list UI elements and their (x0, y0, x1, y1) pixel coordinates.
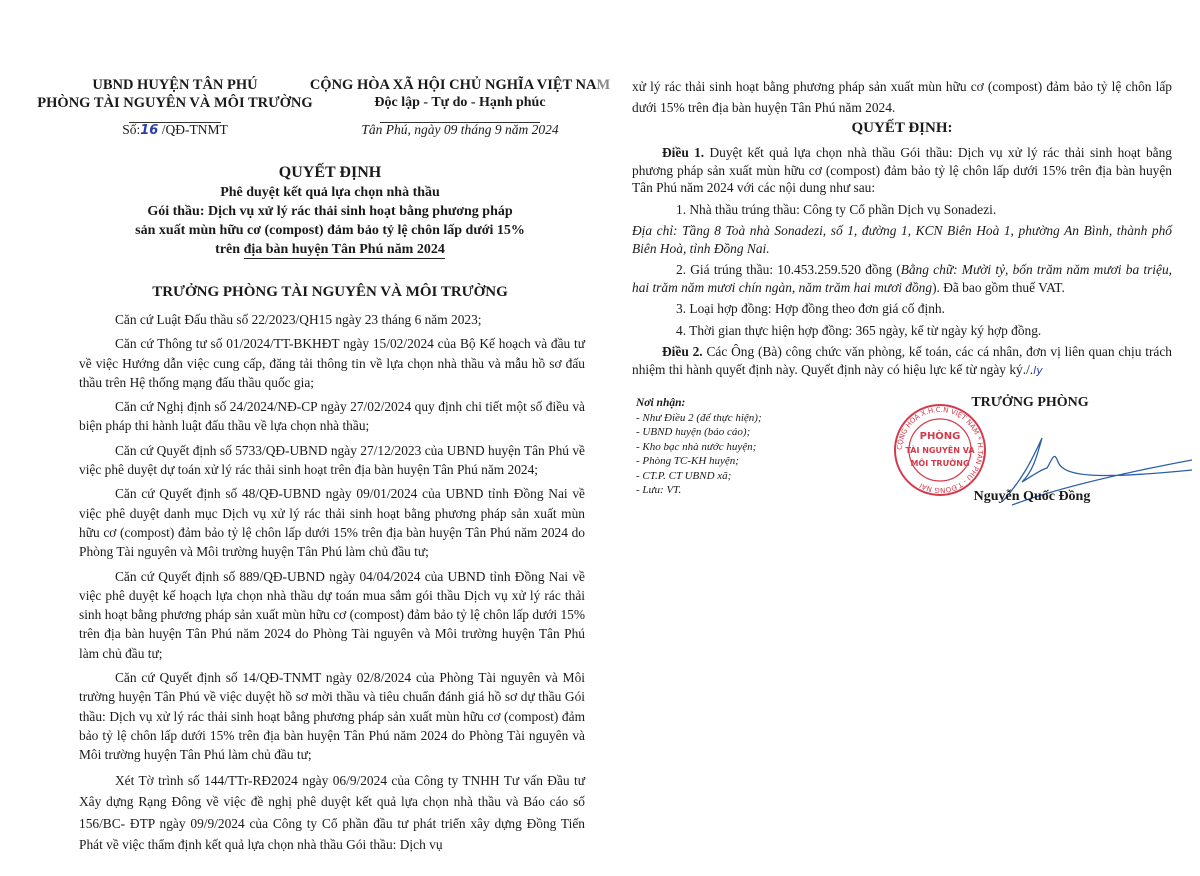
recipient-item: - Như Điều 2 (để thực hiện); (636, 411, 866, 426)
article-1-item-2: 2. Giá trúng thầu: 10.453.259.520 đồng (… (632, 261, 1172, 296)
article-1-item-4: 4. Thời gian thực hiện hợp đồng: 365 ngà… (632, 322, 1172, 340)
national-motto: Độc lập - Tự do - Hạnh phúc (300, 94, 620, 112)
article-2: Điều 2. Các Ông (Bà) công chức văn phòng… (632, 343, 1172, 379)
article-1-item-3: 3. Loại hợp đồng: Hợp đồng theo đơn giá … (632, 300, 1172, 318)
recipient-item: - Lưu: VT. (636, 483, 866, 498)
legal-basis: Căn cứ Luật Đấu thầu số 22/2023/QH15 ngà… (79, 310, 585, 329)
decision-articles: Điều 1. Duyệt kết quả lựa chọn nhà thầu … (632, 144, 1172, 383)
recipients-list: Nơi nhận: - Như Điều 2 (để thực hiện); -… (636, 396, 866, 498)
signer-position: TRƯỞNG PHÒNG (900, 395, 1160, 411)
legal-basis: Căn cứ Thông tư số 01/2024/TT-BKHĐT ngày… (79, 334, 585, 392)
svg-text:MÔI TRƯỜNG: MÔI TRƯỜNG (910, 457, 969, 468)
article-1: Điều 1. Duyệt kết quả lựa chọn nhà thầu … (632, 144, 1172, 197)
official-stamp-icon: CỘNG HOÀ X.H.C.N VIỆT NAM * H.TÂN PHÚ - … (892, 402, 988, 498)
title-line-3: sản xuất mùn hữu cơ (compost) đảm bảo tỷ… (60, 221, 600, 240)
decision-heading: QUYẾT ĐỊNH: (632, 120, 1172, 137)
national-header: CỘNG HÒA XÃ HỘI CHỦ NGHĨA VIỆT NAM Độc l… (300, 76, 620, 123)
title-line-2: Gói thầu: Dịch vụ xử lý rác thải sinh ho… (60, 202, 600, 221)
agency-parent: UBND HUYỆN TÂN PHÚ (30, 76, 320, 94)
recipients-heading: Nơi nhận: (636, 396, 866, 411)
place-date: Tân Phú, ngày 09 tháng 9 năm 2024 (300, 122, 620, 138)
document-title: QUYẾT ĐỊNH Phê duyệt kết quả lựa chọn nh… (60, 163, 600, 259)
svg-text:PHÒNG: PHÒNG (920, 429, 961, 442)
article-1-item-1: 1. Nhà thầu trúng thầu: Công ty Cổ phần … (632, 201, 1172, 219)
agency-name: PHÒNG TÀI NGUYÊN VÀ MÔI TRƯỜNG (30, 94, 320, 112)
contractor-address: Địa chỉ: Tầng 8 Toà nhà Sonadezi, số 1, … (632, 222, 1172, 257)
legal-basis: Căn cứ Quyết định số 5733/QĐ-UBND ngày 2… (79, 441, 585, 480)
legal-basis: Căn cứ Nghị định số 24/2024/NĐ-CP ngày 2… (79, 397, 585, 436)
issuing-authority: TRƯỞNG PHÒNG TÀI NGUYÊN VÀ MÔI TRƯỜNG (60, 284, 600, 301)
recipient-item: - Kho bạc nhà nước huyện; (636, 440, 866, 455)
document-number: Số:16 /QĐ-TNMT (30, 122, 320, 138)
title-line-1: Phê duyệt kết quả lựa chọn nhà thầu (60, 183, 600, 202)
recipient-item: - UBND huyện (báo cáo); (636, 425, 866, 440)
legal-basis: Căn cứ Quyết định số 14/QĐ-TNMT ngày 02/… (79, 668, 585, 764)
initials-mark: ly (1033, 364, 1043, 377)
title-main: QUYẾT ĐỊNH (60, 163, 600, 183)
issuing-agency: UBND HUYỆN TÂN PHÚ PHÒNG TÀI NGUYÊN VÀ M… (30, 76, 320, 123)
page-2: xử lý rác thải sinh hoạt bằng phương phá… (612, 0, 1200, 876)
legal-bases: Căn cứ Luật Đấu thầu số 22/2023/QH15 ngà… (79, 310, 585, 861)
title-line-4: trên địa bàn huyện Tân Phú năm 2024 (60, 240, 600, 259)
signer-name: Nguyễn Quốc Đồng (922, 489, 1142, 505)
page-1: UBND HUYỆN TÂN PHÚ PHÒNG TÀI NGUYÊN VÀ M… (0, 0, 612, 876)
recipient-item: - Phòng TC-KH huyện; (636, 454, 866, 469)
legal-basis: Xét Tờ trình số 144/TTr-RĐ2024 ngày 06/9… (79, 770, 585, 856)
legal-basis: Căn cứ Quyết định số 48/QĐ-UBND ngày 09/… (79, 484, 585, 561)
legal-basis: Căn cứ Quyết định số 889/QĐ-UBND ngày 04… (79, 567, 585, 663)
handwritten-number: 16 (140, 123, 158, 138)
signer-block: TRƯỞNG PHÒNG Nguyễn Quốc Đồng (872, 395, 1132, 411)
recipient-item: - CT.P. CT UBND xã; (636, 469, 866, 484)
svg-text:TÀI NGUYÊN VÀ: TÀI NGUYÊN VÀ (905, 444, 975, 455)
nation-name: CỘNG HÒA XÃ HỘI CHỦ NGHĨA VIỆT NAM (300, 76, 620, 94)
continuation-text: xử lý rác thải sinh hoạt bằng phương phá… (632, 76, 1172, 118)
